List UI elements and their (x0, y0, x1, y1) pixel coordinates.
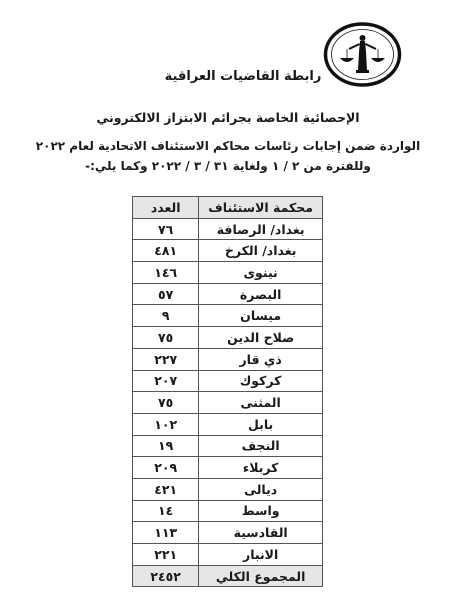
count-cell: ١٤ (133, 500, 199, 522)
table-row: الانبار ٢٢١ (133, 544, 323, 566)
count-cell: ١٤٦ (133, 262, 199, 284)
count-cell: ٧٥ (133, 327, 199, 349)
table-total-row: المجموع الكلي ٢٤٥٢ (133, 565, 323, 587)
table-row: المثنى ٧٥ (133, 392, 323, 414)
organization-name: رابطة القاضيات العراقية (0, 69, 456, 84)
court-cell: ذي قار (199, 348, 323, 370)
count-cell: ٢٢٧ (133, 348, 199, 370)
count-cell: ٢٢١ (133, 544, 199, 566)
court-cell: البصرة (199, 283, 323, 305)
court-cell: صلاح الدين (199, 327, 323, 349)
court-cell: بغداد/ الكرخ (199, 240, 323, 262)
count-cell: ٢٠٧ (133, 370, 199, 392)
court-cell: ديالى (199, 478, 323, 500)
table-row: البصرة ٥٧ (133, 283, 323, 305)
table-row: ديالى ٤٢١ (133, 478, 323, 500)
court-cell: نينوى (199, 262, 323, 284)
count-cell: ٧٦ (133, 218, 199, 240)
court-cell: كركوك (199, 370, 323, 392)
total-label-cell: المجموع الكلي (199, 565, 323, 587)
table-row: النجف ١٩ (133, 435, 323, 457)
count-cell: ٩ (133, 305, 199, 327)
total-count-cell: ٢٤٥٢ (133, 565, 199, 587)
table-row: كركوك ٢٠٧ (133, 370, 323, 392)
table-row: ميسان ٩ (133, 305, 323, 327)
count-cell: ٤٨١ (133, 240, 199, 262)
document-subtitle: الواردة ضمن إجابات رئاسات محاكم الاستئنا… (0, 136, 456, 176)
court-cell: ميسان (199, 305, 323, 327)
court-cell: القادسية (199, 522, 323, 544)
column-header-court: محكمة الاستئناف (199, 197, 323, 219)
table-row: القادسية ١١٣ (133, 522, 323, 544)
table-row: بغداد/ الرصافة ٧٦ (133, 218, 323, 240)
count-cell: ٥٧ (133, 283, 199, 305)
count-cell: ١٩ (133, 435, 199, 457)
table-row: بغداد/ الكرخ ٤٨١ (133, 240, 323, 262)
table-row: بابل ١٠٢ (133, 413, 323, 435)
table-row: واسط ١٤ (133, 500, 323, 522)
count-cell: ١٠٢ (133, 413, 199, 435)
table-row: كربلاء ٢٠٩ (133, 457, 323, 479)
column-header-count: العدد (133, 197, 199, 219)
count-cell: ٧٥ (133, 392, 199, 414)
table-header-row: محكمة الاستئناف العدد (133, 197, 323, 219)
document-title: الإحصائية الخاصة بجرائم الابتزاز الالكتر… (0, 110, 456, 125)
statistics-table: محكمة الاستئناف العدد بغداد/ الرصافة ٧٦ … (132, 196, 323, 587)
table-row: ذي قار ٢٢٧ (133, 348, 323, 370)
count-cell: ٤٢١ (133, 478, 199, 500)
court-cell: المثنى (199, 392, 323, 414)
court-cell: واسط (199, 500, 323, 522)
count-cell: ١١٣ (133, 522, 199, 544)
court-cell: كربلاء (199, 457, 323, 479)
court-cell: بابل (199, 413, 323, 435)
table-row: صلاح الدين ٧٥ (133, 327, 323, 349)
subtitle-line-2: وللفترة من ٢ / ١ ولغاية ٣١ / ٣ / ٢٠٢٢ وك… (0, 156, 456, 176)
table-row: نينوى ١٤٦ (133, 262, 323, 284)
subtitle-line-1: الواردة ضمن إجابات رئاسات محاكم الاستئنا… (0, 136, 456, 156)
count-cell: ٢٠٩ (133, 457, 199, 479)
court-cell: بغداد/ الرصافة (199, 218, 323, 240)
court-cell: النجف (199, 435, 323, 457)
court-cell: الانبار (199, 544, 323, 566)
